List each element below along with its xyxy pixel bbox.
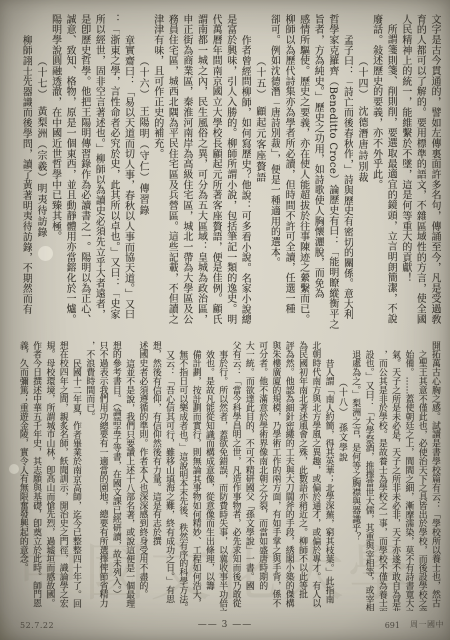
text-column: 柳師詡士先器識而後學問，讀了黃著明夷待訪錄，不期然而有 — [18, 14, 33, 338]
text-column: 昔人謂「南人約簡，得其英華；北學深蕪，窮其枝葉。」此指南 — [321, 341, 334, 611]
text-column: 所謂箋則箋、削則削，要選取最適宜的鏡頭，立言明朗簡潔，不說 — [383, 14, 398, 338]
text-column: 氣。天子之所是未必是，天子之所非未必非，天子亦遂不敢自為是非 — [388, 341, 401, 611]
text-column: ，而公其是非於學校。是故養士為學校之一事，而學校不僅為養士而 — [375, 341, 388, 611]
text-column: 開拓萬古心胸之感。試讀是書學校篇有云：「學校所以養士也，然古 — [428, 341, 441, 611]
text-column: 所以經世，固非空言著述也。」柳師以為讀史必須先立乎大者遠者， — [91, 14, 106, 338]
footer-journal-name: 周一國中 — [410, 619, 444, 630]
text-column: 之聖王其意不僅此也，必使治天下之具皆出於學校，而後設學校之意 — [414, 341, 427, 611]
text-column: 務員住宅區，城西北隅為平民住宅區及兵營區。這些記載，不但讀之 — [164, 14, 179, 338]
text-column: 述國史者必須遵循的準則。作者本人也深深感到終身受用不盡的。 — [135, 341, 148, 611]
text-column: 義，久而彌篤；重遊金陵，實令人有無限奮發興起的意念。 — [16, 341, 29, 611]
text-column: 卻可。例如沈德潛「唐詩別裁」，便是一種適用的選本。 — [266, 14, 281, 338]
text-column: 無不指日可以樂成者也。」這說明本末先後、秩然有序的科學方法。 — [175, 341, 188, 611]
text-column: 退處為之。」梨洲之言，是何等之胸襟與器識乎？ — [348, 341, 361, 611]
text-column: 這並不是說，我們只要讀上述十八部名著，或說這便是一個最理 — [122, 341, 135, 611]
text-column: 柳師以為歷代詩集亦為學者所必讀，但時間不許可全讀，任選一種 — [280, 14, 295, 338]
text-column: 規。母校環境，所謂城市山林，卽高山而愴先烈，過墟垣而感故國。 — [42, 341, 55, 611]
text-column: 民國十二年夏，作者畢業於南京高師，迄今已整整四十年了。回 — [69, 341, 82, 611]
text-column: 謂南都一城之內，民生風俗之異，可分為五大區域：皇城為政治區， — [193, 14, 208, 338]
footer-issue-number: 691 — [385, 621, 400, 630]
text-column: 為民國初年南北著述風會之殊，此數語亦稍近之。柳師不以此等批 — [295, 341, 308, 611]
text-column: 代萬曆年間南京國立大學校長顧起元所著客座贅語，便是佳例。顧氏 — [208, 14, 223, 338]
scan-artifact — [38, 246, 53, 261]
text-column: 旨者，方為純史。」歷史之功用，如詩歌使人胸懷灑脫，而免為 — [310, 14, 325, 338]
text-column: ：「浙東之學，言性命者必究於史，此其所以卓也。」又曰：「史家 — [105, 14, 120, 338]
text-column: 是富於興味，引人入勝的。柳師所謂小說，包括筆記一類的逸史。明 — [222, 14, 237, 338]
text-column: 評為然。他認為細針密縷的工夫與大刀闊斧的手段，綉閣小築的傑構 — [281, 341, 294, 611]
text-column: 哲學家克羅齊（Beneditto Croce）論歷史有曰：「能明瞭縱衡平之 — [324, 14, 339, 338]
text-column: 是卽歷史哲學。他把王陽明傳習錄作為必讀書之一。陽明以為正心、 — [76, 14, 91, 338]
section-heading: （十六） 王陽明（守仁）傳習錄 — [135, 14, 150, 338]
scanned-page: 中國文化大學 文字是古今貫通的，譬如左傳裏面許多名句，傳誦至今，凡是受過敎育的人… — [0, 0, 450, 640]
section-heading: （十五） 顧起元客座贅語 — [251, 14, 266, 338]
text-column: 誠意、致知、格物，原是一個東西，並且動靜體用亦當鎔化於一爐。 — [62, 14, 77, 338]
text-column: 育的人都可以了解的。要用標準的語文，不雜區域性的方言，使全國 — [412, 14, 427, 338]
text-column: 人民精神上的統一，能維繫於不墜，這是何等重大的貢獻！ — [397, 14, 412, 338]
text-column: 只不過表示我們用功總要有一適當的園地，總要有所選擇俾節省精力 — [95, 341, 108, 611]
section-heading: （十八） 孫文學說 — [335, 341, 348, 611]
top-text-block: 文字是古今貫通的，譬如左傳裏面許多名句，傳誦至今，凡是受過敎育的人都可以了解的。… — [17, 14, 441, 338]
text-column: 申正街為商業區，秦淮河南岸為高級住宅區，城北一帶為大學區及公 — [178, 14, 193, 338]
text-column: 備計劃，按計劃而實行，則無論其事物如何精妙、工程如何浩大， — [188, 341, 201, 611]
text-column: 與朱樓廣廈的規模，乃學術工作的兩方面，有如手掌之與手背，係不 — [268, 341, 281, 611]
text-column: 想在校四年之間，親炙名師，飫聞訓示，開治史之門徑，識論學之宏 — [55, 341, 68, 611]
text-column: 感情所驅使。歷史之要義，亦在使人能超拔於往事陳迹之縈繫而已。 — [295, 14, 310, 338]
section-heading: （十七） 黃梨洲（宗羲）明夷待訪錄 — [32, 14, 47, 338]
text-column: 想的參考書目。（論語孟子等書，在國文課已經研讀，故未列入。） — [109, 341, 122, 611]
text-column: 又云：「吾心信其可行，雖移山填海之難，終有成功之日。」有思 — [162, 341, 175, 611]
text-column: 孟子曰：「詩亡而後春秋作，」詩與歷史有密切的關係。意大利 — [339, 14, 354, 338]
text-column: 文字是古今貫通的，譬如左傳裏面許多名句，傳誦至今，凡是受過敎 — [426, 14, 441, 338]
text-column: 北朝時代南方與北方學風之異趣，或偏於通才，或偏於專才。有人以 — [308, 341, 321, 611]
text-column: 廢話。敍述歷史的要義，亦不外乎此。 — [368, 14, 383, 338]
text-column: 想，然後有信仰，有信仰然後有力量。這是有志於撰 — [148, 341, 161, 611]
text-column: 父有云：「當今科學昌明之世，凡造作事物者，必先求知而後乃敢從 — [228, 341, 241, 611]
text-column: 津津有味，且可作正史的補充。 — [149, 14, 164, 338]
text-column: 章實齋曰：「易以天道而切人事，春秋以人事而協天道。」又曰 — [120, 14, 135, 338]
text-column: 作者今日撰述中華五千年史，其志願與基礎，卽奠立於此時。師門恩 — [29, 341, 42, 611]
text-column: 作者曾經問柳師，如何寫歷史？他說：可多看小說。名家小說總 — [237, 14, 252, 338]
bottom-text-block: 開拓萬古心胸之感。試讀是書學校篇有云：「學校所以養士也，然古之聖王其意不僅此也，… — [14, 341, 441, 611]
text-column: 可分者。他不滿意於學術界像南北朝之分裂，而當如盛唐時期的 — [255, 341, 268, 611]
text-column: 陽明學說圓融透澈，在中國近世哲學中已臻其極。 — [47, 14, 62, 338]
page-number: —— 3 —— — [0, 620, 450, 630]
text-column: 事於行。所以然者，蓋欲免錯誤，而防費時失事，以冀收事半功倍之 — [215, 341, 228, 611]
text-column: 始備。……蓋使朝廷之上，閭閻之細，漸摩濡染，莫不有詩書寬大之 — [401, 341, 414, 611]
scan-artifact — [9, 464, 19, 474]
text-column: 大一統。而欲達此目的，不可不精研國父「孫文學說」一書。國 — [242, 341, 255, 611]
text-column: 設也。」又曰：「大學祭酒，推擇當世大儒，其重與宰相等，或宰相 — [361, 341, 374, 611]
section-heading: （十四） 沈德潛唐詩別裁 — [353, 14, 368, 338]
text-column: 效也。是故凡能從知識而構成意像，從意像而生出條理，以籌 — [202, 341, 215, 611]
text-column: ，不浪費時間而已。 — [82, 341, 95, 611]
